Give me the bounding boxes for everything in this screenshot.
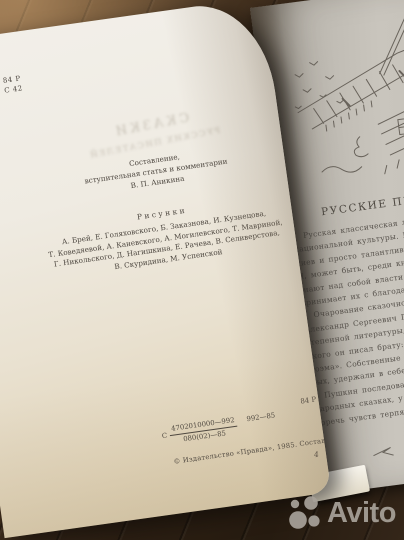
library-code-line: С 42 xyxy=(4,83,24,95)
catalog-prefix: С xyxy=(161,432,167,441)
book-photo: РУССКИЕ ПИСА Русская классическая ли нац… xyxy=(0,0,404,540)
avito-wordmark: Avito xyxy=(327,496,396,530)
izba-hut-illustration xyxy=(271,0,404,206)
pen-doodle xyxy=(370,443,398,460)
signature-mark: 4 xyxy=(313,450,319,460)
avito-logo-icon xyxy=(286,495,324,531)
avito-watermark: Avito xyxy=(286,495,396,531)
catalog-code: С 4702010000—992 080(02)—85 992—85 xyxy=(161,410,278,446)
catalog-fraction: 4702010000—992 080(02)—85 xyxy=(169,416,239,445)
library-code: 84 Р С 42 xyxy=(2,73,23,95)
catalog-suffix: 992—85 xyxy=(246,410,276,423)
shelf-code: 84 Р xyxy=(300,395,317,405)
imprint-block: Составление, вступительная статья и комм… xyxy=(30,137,293,282)
